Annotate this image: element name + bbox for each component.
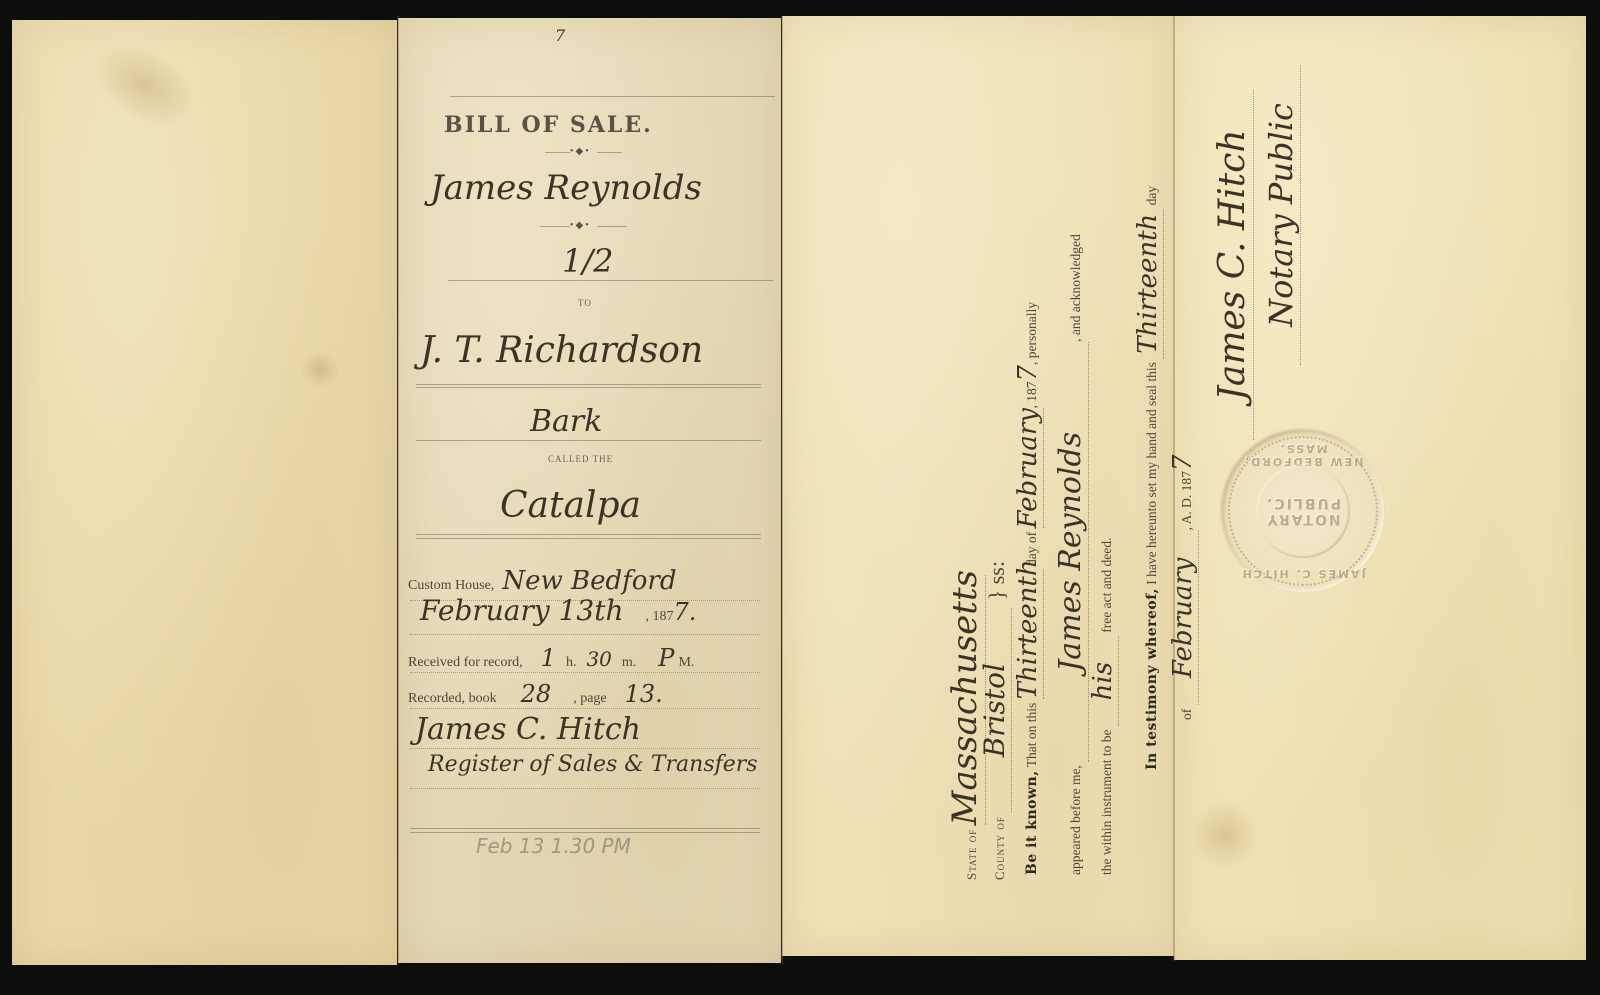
testimony-month-field: February <box>1168 530 1199 705</box>
testimony-month-value: February <box>1168 558 1198 678</box>
divider <box>597 226 627 227</box>
page-value: 13. <box>625 680 663 708</box>
received-hour: 1 <box>541 644 556 672</box>
pencil-note: Feb 13 1.30 PM <box>476 834 631 858</box>
of-label: of <box>1179 709 1194 720</box>
page-label: , page <box>573 691 606 706</box>
seller-name: James Reynolds <box>430 168 702 208</box>
appeared-before-label: appeared before me, <box>1068 765 1083 875</box>
day-field: Thirteenth <box>1013 569 1044 699</box>
day-label: day <box>1144 186 1159 206</box>
appeared-line: appeared before me, James Reynolds, and … <box>1053 234 1089 875</box>
divider <box>416 440 761 441</box>
and-acknowledged-label: , and acknowledged <box>1068 234 1083 342</box>
divider <box>597 152 622 153</box>
divider <box>410 748 760 749</box>
month-value: February <box>1013 408 1043 528</box>
folio-mark: 7 <box>555 26 565 45</box>
received-label: Received for record, <box>408 655 523 670</box>
seal-center: NOTARY PUBLIC. <box>1256 464 1350 558</box>
custom-house-value: New Bedford <box>502 566 676 596</box>
ad-year-hand: 7 <box>1168 455 1198 472</box>
seal-ring-top-text: JAMES C. HITCH <box>1222 567 1384 580</box>
fold-line <box>781 16 783 961</box>
free-act-label: free act and deed. <box>1099 538 1114 633</box>
divider <box>545 152 570 153</box>
appeared-name: James Reynolds <box>1053 432 1088 672</box>
testimony-line: In testimony whereof, I have hereunto se… <box>1133 186 1164 770</box>
received-ampm: P <box>658 644 674 672</box>
divider <box>410 672 760 673</box>
year-hand: 7. <box>674 598 697 626</box>
received-minute: 30 <box>586 647 611 671</box>
year-prefix: , 187 <box>646 609 674 624</box>
stain <box>300 350 340 390</box>
vessel-type: Bark <box>530 404 602 439</box>
notary-signature-line: James C. Hitch <box>1212 90 1254 440</box>
year-hand: 7 <box>1013 365 1043 382</box>
custom-house-line: Custom House, New Bedford <box>408 566 677 596</box>
divider <box>416 538 761 539</box>
notary-seal-embossed: JAMES C. HITCH NEW BEDFORD, MASS. NOTARY… <box>1222 430 1384 592</box>
to-label: TO <box>578 298 592 308</box>
be-it-known-line: Be it known, That on this Thirteenth day… <box>1013 302 1044 875</box>
divider <box>410 634 760 635</box>
county-label: County of <box>992 816 1007 880</box>
date-line: February 13th , 1877. <box>420 594 696 627</box>
divider <box>416 387 761 388</box>
ornament-divider: •◆• <box>570 220 591 231</box>
notary-signature: James C. Hitch <box>1212 129 1253 400</box>
testimony-day-field: Thirteenth <box>1133 209 1164 359</box>
county-field: Bristol <box>978 608 1012 813</box>
vessel-name: Catalpa <box>500 485 641 526</box>
month-field: February <box>1013 409 1044 529</box>
divider <box>410 828 760 829</box>
divider <box>450 96 775 97</box>
divider <box>416 384 761 385</box>
be-it-known: Be it known, <box>1024 770 1040 875</box>
ornament-divider: •◆• <box>570 146 591 157</box>
share-fraction: 1/2 <box>562 242 614 280</box>
custom-house-label: Custom House, <box>408 578 494 593</box>
blank-back-panel <box>12 20 397 965</box>
divider <box>448 280 773 281</box>
seal-center-line-1: NOTARY <box>1265 511 1340 527</box>
county-value: Bristol <box>978 663 1011 757</box>
document-title: BILL OF SALE. <box>444 112 653 138</box>
day-of-label: day of <box>1024 532 1039 566</box>
divider <box>410 708 760 709</box>
that-on-this-label: That on this <box>1024 703 1039 768</box>
year-prefix: , 187 <box>1024 382 1039 409</box>
divider <box>416 534 761 535</box>
book-value: 28 <box>521 680 552 708</box>
M-label: M. <box>678 655 694 670</box>
buyer-name: J. T. Richardson <box>420 330 703 371</box>
notary-title-line: Notary Public <box>1262 65 1301 365</box>
called-the-label: CALLED THE <box>548 454 613 464</box>
m-label: m. <box>622 655 636 670</box>
day-value: Thirteenth <box>1013 559 1043 699</box>
ss-label: } ss: <box>984 561 1009 600</box>
testimony-month-line: of February, A. D. 1877 <box>1168 455 1199 720</box>
received-line: Received for record, 1 h. 30 m. P M. <box>408 644 694 672</box>
appeared-field: James Reynolds <box>1053 342 1089 762</box>
pronoun-field: his <box>1088 636 1119 726</box>
stain <box>1190 800 1260 870</box>
seal-center-line-2: PUBLIC. <box>1265 495 1341 511</box>
divider <box>410 832 760 833</box>
h-label: h. <box>566 655 577 670</box>
divider <box>540 226 570 227</box>
county-line: County of Bristol } ss: <box>978 561 1012 880</box>
notary-title: Notary Public <box>1262 103 1300 327</box>
registrar-signature: James C. Hitch <box>415 712 641 747</box>
ad-label: , A. D. 187 <box>1179 471 1194 530</box>
notary-title-field: Notary Public <box>1262 65 1301 365</box>
instrument-label: the within instrument to be <box>1099 730 1114 875</box>
recorded-label: Recorded, book <box>408 691 497 706</box>
registrar-title: Register of Sales & Transfers <box>428 752 758 777</box>
instrument-line: the within instrument to be his free act… <box>1088 538 1119 875</box>
notary-signature-field: James C. Hitch <box>1212 90 1254 440</box>
testimony-day-value: Thirteenth <box>1133 214 1163 354</box>
divider <box>410 788 760 789</box>
recorded-line: Recorded, book 28 , page 13. <box>408 680 663 708</box>
date-value: February 13th <box>420 594 624 627</box>
hereunto-label: I have hereunto set my hand and seal thi… <box>1144 362 1159 585</box>
in-testimony: In testimony whereof, <box>1144 588 1160 770</box>
state-label: State of <box>964 829 979 880</box>
fold-line <box>397 16 399 961</box>
pronoun-value: his <box>1088 662 1118 700</box>
personally-label: , personally <box>1024 302 1039 365</box>
